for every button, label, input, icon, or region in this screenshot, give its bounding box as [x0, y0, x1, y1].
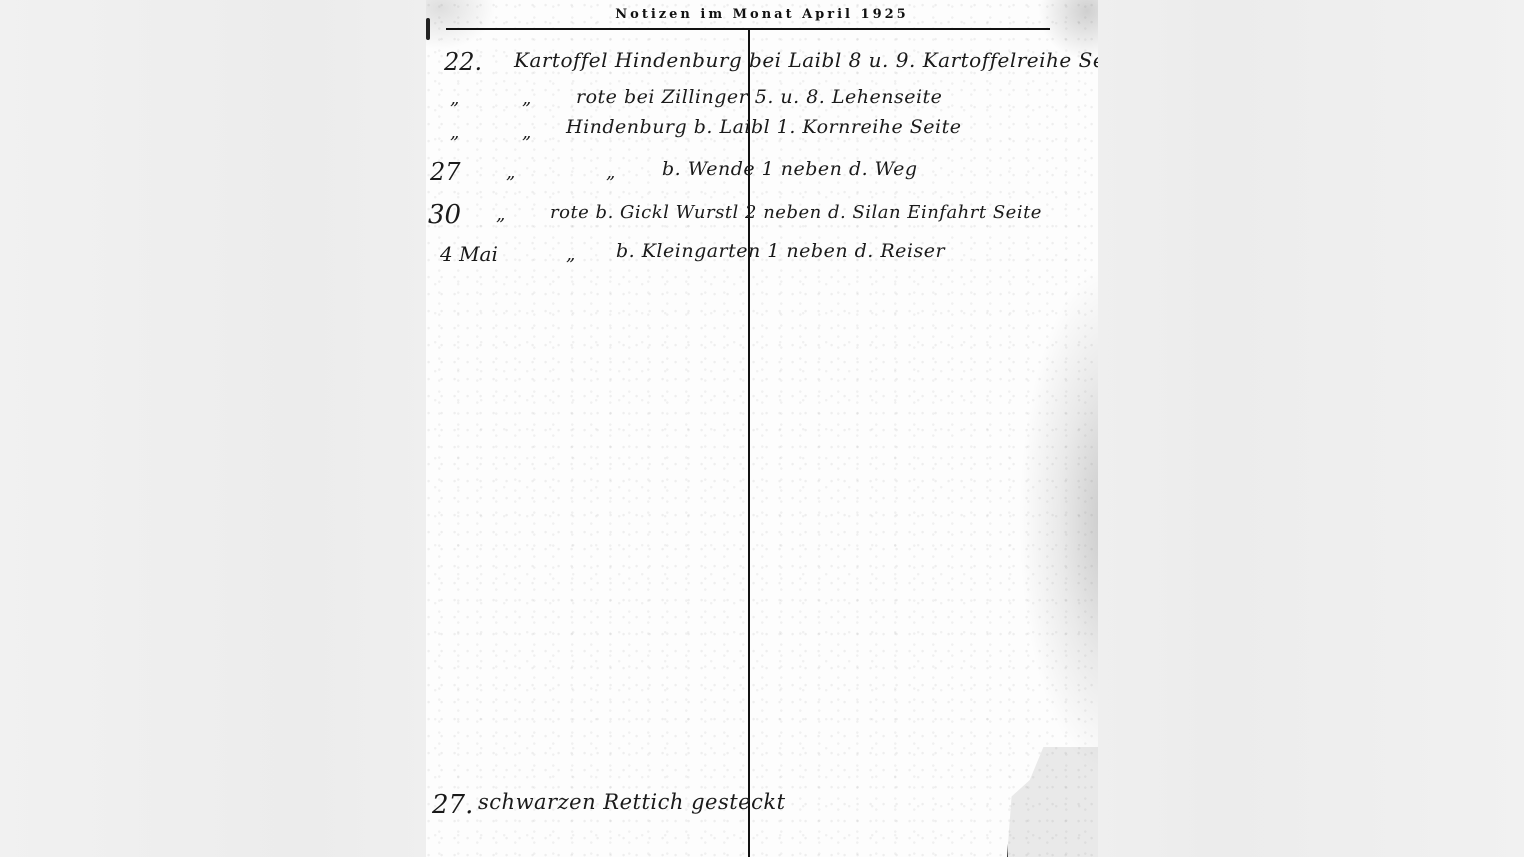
- entry-text: Kartoffel Hindenburg bei Laibl 8 u. 9. K…: [514, 48, 1098, 72]
- paper-stain: [1018, 260, 1098, 780]
- entry-ditto: „: [506, 162, 515, 183]
- entry-text: rote b. Gickl Wurstl 2 neben d. Silan Ei…: [550, 202, 1042, 223]
- entry-date: 4 Mai: [440, 242, 498, 266]
- entry-text: b. Wende 1 neben d. Weg: [662, 158, 918, 180]
- entry-date: 27: [430, 158, 461, 186]
- entry-ditto: „: [566, 244, 575, 265]
- entry-text: rote bei Zillinger 5. u. 8. Lehenseite: [576, 86, 942, 108]
- entry-ditto: „: [496, 204, 505, 225]
- entry-date: 30: [428, 200, 461, 230]
- entry-date: „: [450, 122, 459, 143]
- entry-ditto: „: [522, 122, 531, 143]
- footer-entry-date: 27.: [432, 790, 473, 820]
- entry-text: Hindenburg b. Laibl 1. Kornreihe Seite: [566, 116, 962, 138]
- entry-ditto: „: [522, 88, 531, 109]
- entry-ditto: „: [606, 162, 615, 183]
- column-divider: [748, 30, 750, 857]
- torn-corner: [1007, 747, 1098, 857]
- page-header: Notizen im Monat April 1925: [426, 7, 1098, 22]
- footer-entry-text: schwarzen Rettich gesteckt: [478, 790, 786, 814]
- entry-date: 22.: [444, 48, 482, 76]
- entry-text: b. Kleingarten 1 neben d. Reiser: [616, 240, 945, 262]
- entry-date: „: [450, 88, 459, 109]
- scanned-page: Notizen im Monat April 1925 22. Kartoffe…: [426, 0, 1098, 857]
